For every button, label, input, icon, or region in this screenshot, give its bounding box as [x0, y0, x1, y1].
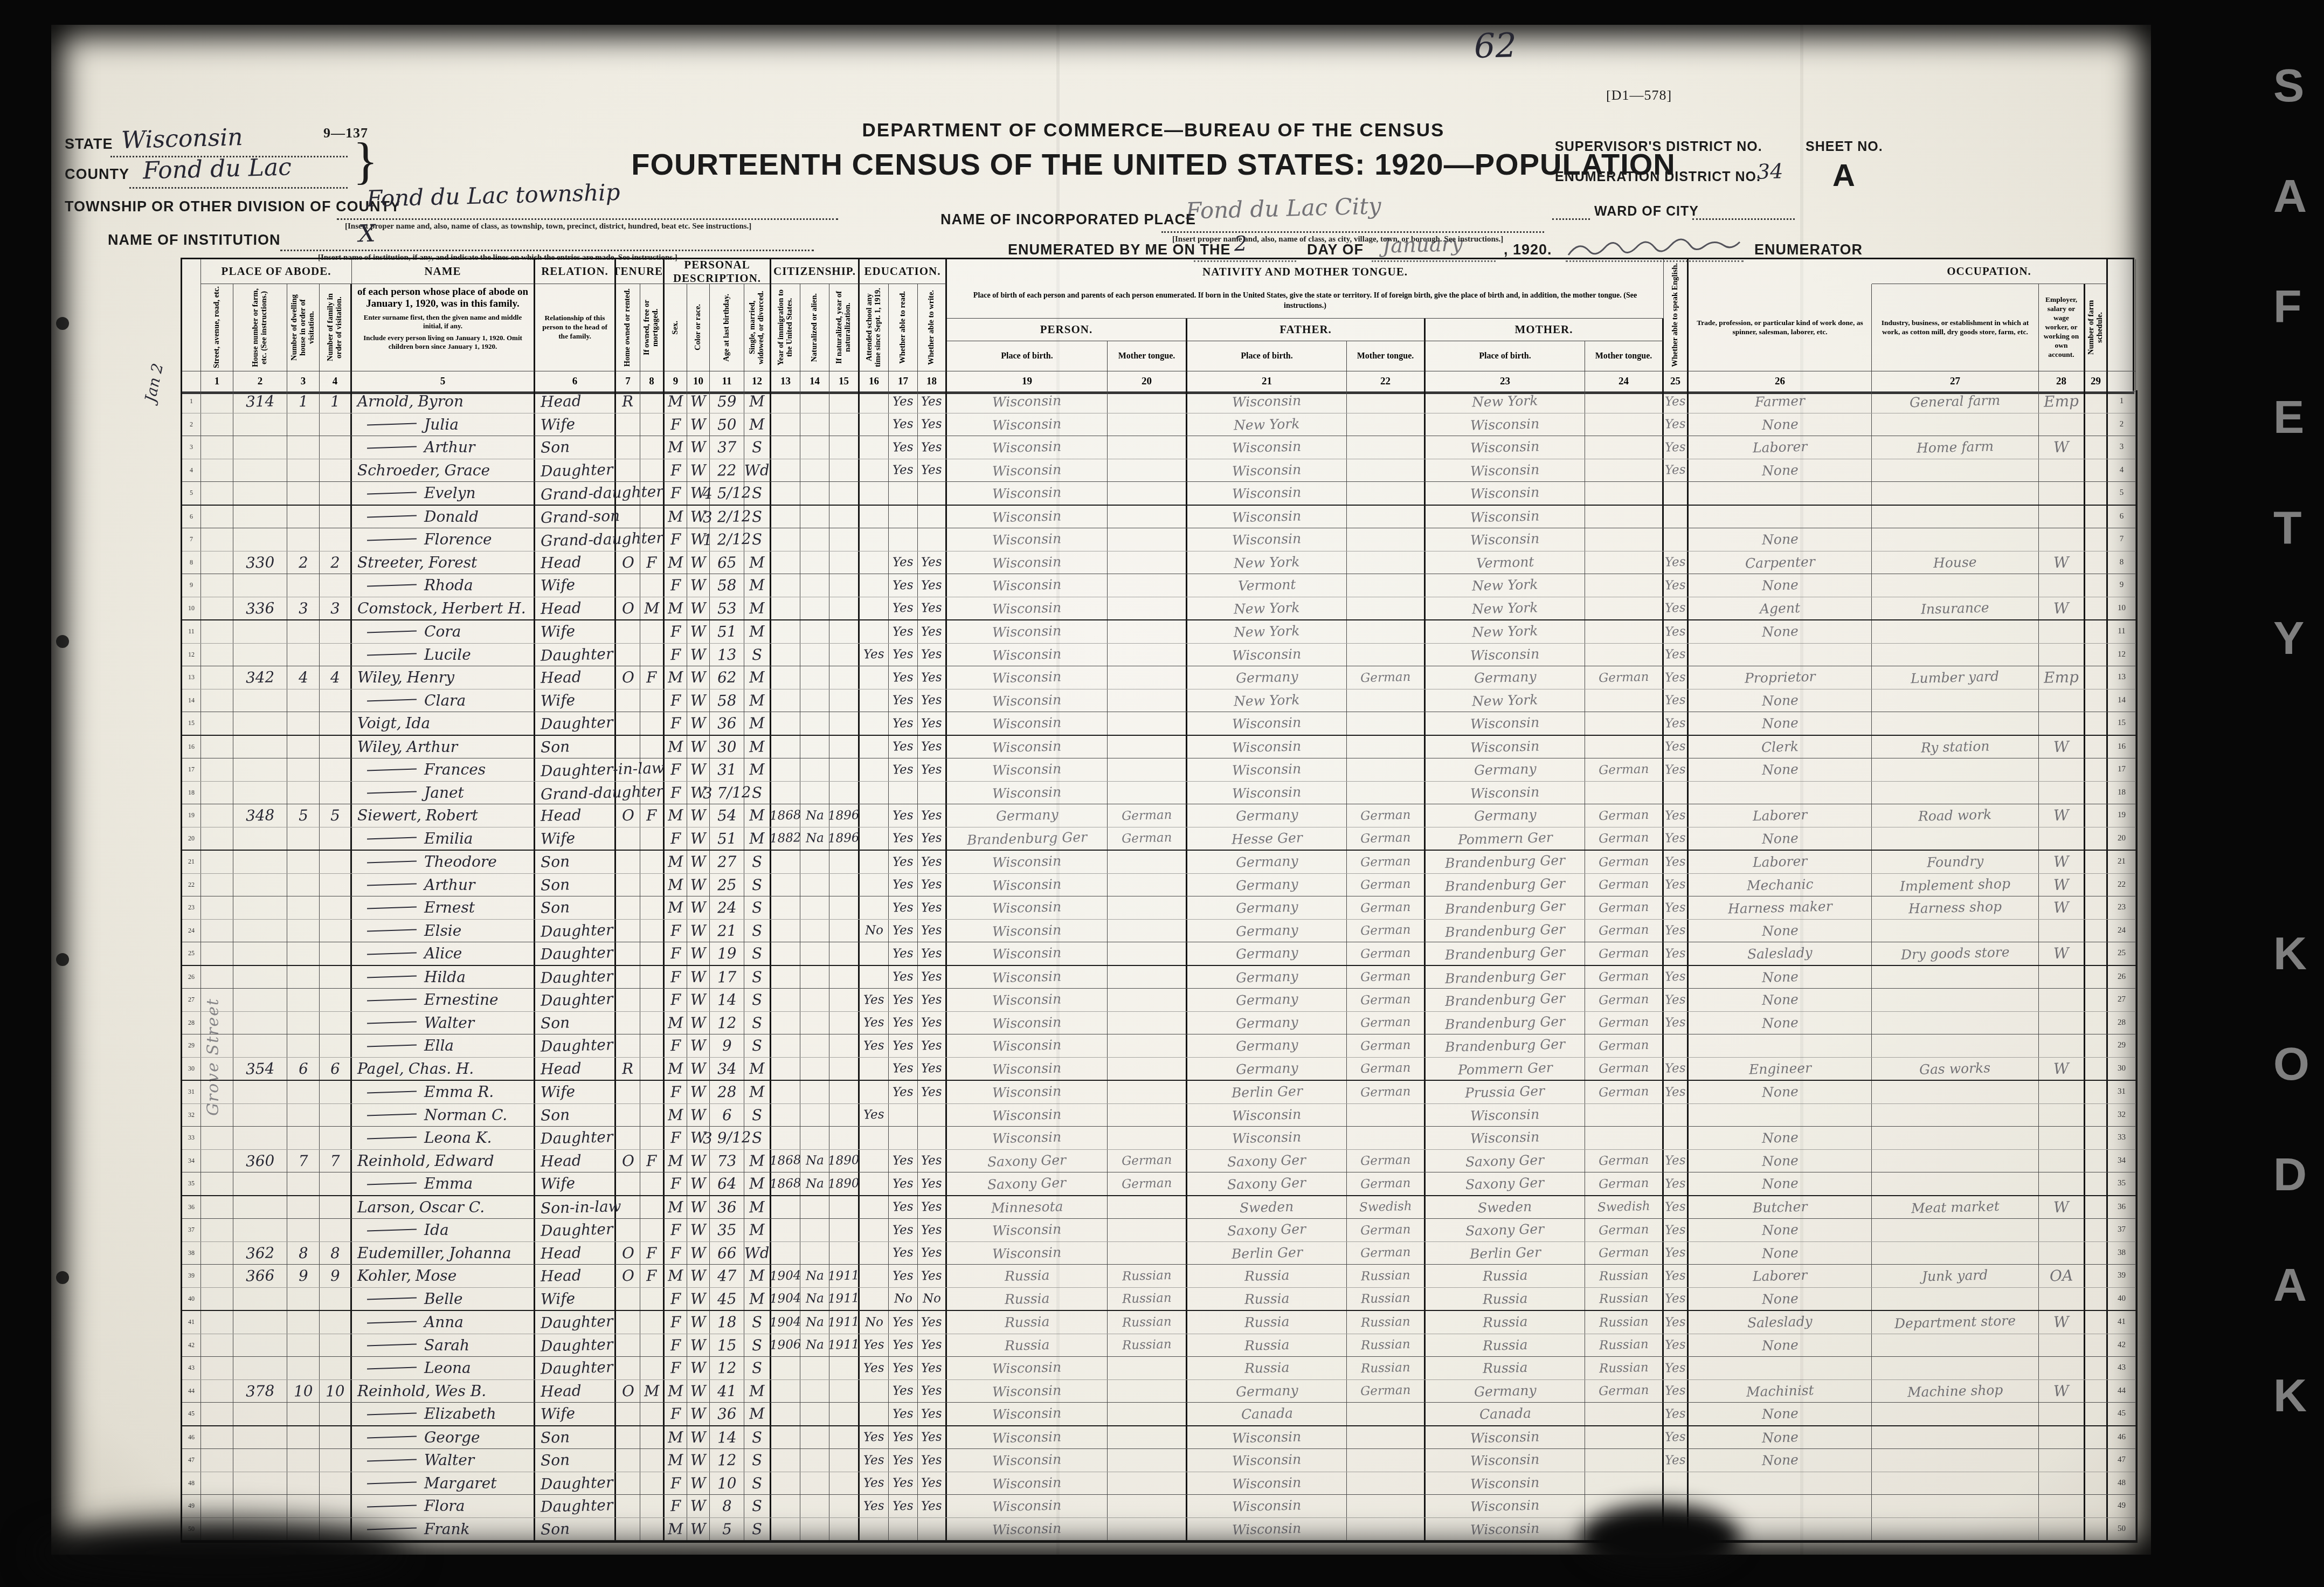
handwritten-value: Yes	[863, 992, 884, 1007]
cell-house: 366	[233, 1265, 287, 1287]
cell-emp	[2039, 782, 2085, 804]
subgroup-mother: MOTHER.	[1426, 319, 1664, 341]
line-number-left: 22	[182, 874, 201, 896]
cell-naty	[829, 989, 860, 1011]
cell-age: 65	[710, 551, 744, 574]
cell-sch	[860, 874, 889, 896]
cell-sex: F	[665, 1311, 687, 1334]
column-number-11: 11	[710, 371, 744, 392]
handwritten-value: M	[749, 1198, 765, 1216]
handwritten-value: Wisconsin	[992, 876, 1062, 893]
handwritten-value: Proprietor	[1744, 669, 1815, 686]
film-edge-letter: A	[2273, 1259, 2307, 1312]
cell-colr: W	[687, 620, 710, 643]
table-row: 27ErnestineDaughterFW14SYesYesYesWiscons…	[182, 989, 2136, 1012]
cell-name: Margaret	[352, 1472, 535, 1495]
cell-pbm: Russia	[1426, 1311, 1585, 1334]
cell-pb: Wisconsin	[947, 1426, 1108, 1449]
cell-sch: Yes	[860, 1334, 889, 1357]
handwritten-value: None	[1761, 1175, 1799, 1192]
handwritten-value: O	[621, 1267, 634, 1285]
cell-t2	[640, 942, 665, 965]
handwritten-value: Yes	[863, 1108, 884, 1122]
handwritten-value: OA	[2049, 1267, 2073, 1285]
line-number-right: 42	[2108, 1334, 2136, 1357]
handwritten-value: F	[670, 1474, 681, 1492]
cell-mar: M	[744, 1172, 771, 1195]
cell-pb: Wisconsin	[947, 1403, 1108, 1425]
cell-pb: Wisconsin	[947, 1472, 1108, 1495]
cell-t1: R	[616, 390, 640, 413]
cell-mtm: German	[1585, 666, 1664, 689]
handwritten-value: None	[1761, 577, 1799, 594]
line-number-left: 46	[182, 1426, 201, 1449]
cell-pb: Russia	[947, 1334, 1108, 1357]
cell-t1	[616, 644, 640, 666]
cell-imm	[771, 413, 800, 436]
cell-fam	[320, 689, 352, 712]
cell-ind: Machine shop	[1872, 1380, 2039, 1403]
table-row: 29EllaDaughterFW9SYesYesYesWisconsinGerm…	[182, 1034, 2136, 1058]
handwritten-value: 3 9/12	[702, 1128, 751, 1147]
cell-sch	[860, 1242, 889, 1265]
handwritten-value: Wisconsin	[1232, 1498, 1302, 1515]
handwritten-value: Yes	[893, 1384, 914, 1398]
cell-pbf: Germany	[1187, 989, 1347, 1011]
cell-pbf: Russia	[1187, 1265, 1347, 1287]
cell-t1: O	[616, 1380, 640, 1403]
cell-rd: Yes	[889, 574, 918, 597]
cell-emp	[2039, 1242, 2085, 1265]
handwritten-value: M	[749, 668, 765, 687]
line-number-left: 7	[182, 528, 201, 551]
given-name: Ernest	[424, 899, 475, 916]
cell-nat	[800, 1403, 829, 1425]
cell-pb: Wisconsin	[947, 1449, 1108, 1472]
handwritten-value: Wisconsin	[1470, 461, 1540, 479]
ditto-mark	[367, 1459, 417, 1461]
cell-t1	[616, 942, 640, 965]
table-row: 31Emma R.WifeFW28MYesYesWisconsinBerlin …	[182, 1081, 2136, 1104]
cell-mtf	[1347, 1104, 1426, 1127]
handwritten-value: S	[751, 1451, 762, 1469]
cell-wr: Yes	[918, 874, 947, 896]
handwritten-value: German	[1599, 1383, 1649, 1398]
table-row: 14ClaraWifeFW58MYesYesWisconsinNew YorkN…	[182, 689, 2136, 713]
cell-naty	[829, 689, 860, 712]
cell-sex: M	[665, 1196, 687, 1219]
line-number-left: 8	[182, 551, 201, 574]
cell-age: 47	[710, 1265, 744, 1287]
cell-pbm: Brandenburg Ger	[1426, 874, 1585, 896]
handwritten-value: Yes	[921, 1061, 942, 1076]
cell-age: 73	[710, 1150, 744, 1172]
cell-sex: F	[665, 942, 687, 965]
handwritten-value: Vermont	[1237, 577, 1296, 594]
given-name: Walter	[424, 1014, 474, 1032]
handwritten-value: S	[751, 1520, 762, 1538]
ditto-mark	[367, 1044, 417, 1047]
line-number-right: 9	[2108, 574, 2136, 597]
cell-t1	[616, 736, 640, 758]
enumerated-month: January	[1382, 232, 1463, 258]
cell-fam	[320, 827, 352, 850]
cell-mtm	[1585, 644, 1664, 666]
cell-imm	[771, 597, 800, 620]
handwritten-value: F	[646, 1244, 657, 1262]
cell-ind: Home farm	[1872, 436, 2039, 459]
cell-rel: Daughter	[535, 989, 616, 1011]
column-number-28: 28	[2039, 371, 2085, 392]
cell-naty	[829, 1449, 860, 1472]
cell-fam	[320, 1104, 352, 1127]
cell-mtm: Russian	[1585, 1357, 1664, 1379]
cell-pbm: Germany	[1426, 1380, 1585, 1403]
cell-eng: Yes	[1664, 1380, 1689, 1403]
cell-mtm	[1585, 574, 1664, 597]
handwritten-value: None	[1761, 1291, 1799, 1307]
cell-colr: W	[687, 804, 710, 827]
cell-mar: S	[744, 1472, 771, 1495]
handwritten-value: Wife	[541, 415, 576, 434]
handwritten-value: No	[922, 1292, 941, 1306]
cell-pbf: Wisconsin	[1187, 1104, 1347, 1127]
column-header-15: If naturalized, year of naturalization.	[829, 284, 860, 371]
cell-colr: W	[687, 1403, 710, 1425]
cell-t2	[640, 1172, 665, 1195]
cell-farm	[2085, 1058, 2108, 1080]
cell-pbf: Germany	[1187, 1012, 1347, 1034]
handwritten-value: Germany	[1474, 807, 1536, 824]
cell-eng: Yes	[1664, 874, 1689, 896]
cell-t2	[640, 1219, 665, 1241]
handwritten-value: Yes	[921, 740, 942, 754]
given-name: Robert	[426, 806, 478, 824]
cell-imm	[771, 620, 800, 643]
ditto-mark	[367, 906, 417, 909]
cell-imm	[771, 551, 800, 574]
handwritten-value: F	[670, 461, 681, 479]
cell-mt	[1108, 1104, 1187, 1127]
handwritten-value: Yes	[893, 831, 914, 846]
handwritten-value: Farmer	[1755, 393, 1806, 410]
cell-street	[201, 782, 233, 804]
cell-mtm	[1585, 459, 1664, 482]
handwritten-value: Prussia Ger	[1465, 1083, 1545, 1101]
handwritten-value: Yes	[893, 440, 914, 454]
line-number-right: 28	[2108, 1012, 2136, 1034]
handwritten-value: Wisconsin	[1470, 531, 1540, 548]
handwritten-value: Yes	[893, 1499, 914, 1513]
handwritten-value: F	[670, 1037, 681, 1054]
cell-street	[201, 506, 233, 528]
line-number-left: 15	[182, 712, 201, 735]
cell-house	[233, 758, 287, 781]
cell-occ: Clerk	[1689, 736, 1872, 758]
cell-mt	[1108, 1426, 1187, 1449]
cell-fam	[320, 1196, 352, 1219]
cell-naty	[829, 1242, 860, 1265]
cell-rd: Yes	[889, 942, 918, 965]
cell-t2	[640, 1495, 665, 1517]
handwritten-value: Gas works	[1919, 1060, 1991, 1077]
handwritten-value: F	[670, 692, 681, 709]
handwritten-value: W	[2053, 806, 2070, 825]
group-education: EDUCATION.	[860, 259, 947, 284]
cell-t1	[616, 1104, 640, 1127]
cell-mtf	[1347, 436, 1426, 459]
ditto-mark	[367, 423, 417, 426]
cell-occ: Agent	[1689, 597, 1872, 620]
cell-imm	[771, 1357, 800, 1379]
handwritten-value: Wisconsin	[1232, 1129, 1302, 1147]
cell-mtm	[1585, 689, 1664, 712]
handwritten-value: 5	[330, 806, 340, 824]
handwritten-value: Agent	[1760, 600, 1801, 617]
cell-emp	[2039, 1081, 2085, 1103]
handwritten-value: Yes	[893, 854, 914, 869]
line-number-right: 5	[2108, 482, 2136, 505]
given-name: Flora	[424, 1497, 465, 1515]
handwritten-value: Laborer	[1752, 807, 1807, 824]
handwritten-value: Yes	[893, 1361, 914, 1375]
cell-pbm: Brandenburg Ger	[1426, 989, 1585, 1011]
line-number-right: 30	[2108, 1058, 2136, 1080]
handwritten-value: Wisconsin	[992, 968, 1062, 985]
handwritten-value: None	[1761, 416, 1799, 433]
cell-fam: 6	[320, 1058, 352, 1080]
cell-pb: Wisconsin	[947, 482, 1108, 505]
cell-pb: Wisconsin	[947, 1357, 1108, 1379]
cell-nat	[800, 644, 829, 666]
cell-t2	[640, 1357, 665, 1379]
handwritten-value: Yes	[893, 992, 914, 1007]
cell-mtf: German	[1347, 1380, 1426, 1403]
handwritten-value: Laborer	[1752, 439, 1807, 456]
cell-name: Janet	[352, 782, 535, 804]
cell-wr: Yes	[918, 1196, 947, 1219]
cell-house: 362	[233, 1242, 287, 1265]
cell-name: Florence	[352, 528, 535, 551]
cell-ind	[1872, 1288, 2039, 1310]
table-row: 45ElizabethWifeFW36MYesYesWisconsinCanad…	[182, 1403, 2136, 1426]
cell-pb: Wisconsin	[947, 966, 1108, 989]
cell-age: 31	[710, 758, 744, 781]
cell-eng: Yes	[1664, 804, 1689, 827]
cell-nat: Na	[800, 1311, 829, 1334]
cell-naty	[829, 1196, 860, 1219]
cell-t2	[640, 459, 665, 482]
cell-mar: S	[744, 1426, 771, 1449]
surname: Reinhold,	[357, 1382, 430, 1400]
handwritten-value: Russia	[1004, 1337, 1049, 1354]
handwritten-value: Daughter	[541, 645, 613, 665]
handwritten-value: M	[668, 1198, 684, 1216]
cell-imm	[771, 1196, 800, 1219]
handwritten-value: Son	[541, 853, 570, 871]
cell-pbf: Wisconsin	[1187, 712, 1347, 735]
handwritten-value: Russian	[1599, 1291, 1648, 1306]
given-name: Arthur	[407, 738, 458, 756]
cell-age: 34	[710, 1058, 744, 1080]
column-header-28: Employer, salary or wage worker, or work…	[2039, 284, 2085, 371]
cell-mar: S	[744, 1495, 771, 1517]
line-number-left: 19	[182, 804, 201, 827]
cell-farm	[2085, 942, 2108, 965]
handwritten-value: W	[2053, 853, 2070, 871]
cell-colr: W	[687, 1334, 710, 1357]
cell-pbm: Wisconsin	[1426, 1426, 1585, 1449]
cell-nat	[800, 1495, 829, 1517]
cell-street	[201, 712, 233, 735]
cell-sex: F	[665, 1472, 687, 1495]
handwritten-value: Wisconsin	[992, 784, 1062, 801]
handwritten-value: 362	[245, 1244, 274, 1262]
cell-wr: Yes	[918, 804, 947, 827]
cell-imm	[771, 482, 800, 505]
cell-dw	[287, 1012, 320, 1034]
handwritten-value: Yes	[893, 1315, 914, 1329]
handwritten-value: Saxony Ger	[1227, 1152, 1306, 1170]
handwritten-value: S	[751, 1359, 762, 1377]
line-number-left: 12	[182, 644, 201, 666]
cell-age: 45	[710, 1288, 744, 1310]
handwritten-value: Germany	[1235, 945, 1298, 962]
cell-rd: Yes	[889, 989, 918, 1011]
cell-fam	[320, 620, 352, 643]
cell-ind	[1872, 966, 2039, 989]
cell-emp: Emp	[2039, 666, 2085, 689]
handwritten-value: M	[668, 553, 684, 571]
surname: Kohler,	[357, 1267, 411, 1285]
cell-wr: Yes	[918, 1403, 947, 1425]
cell-emp	[2039, 758, 2085, 781]
handwritten-value: Saxony Ger	[1465, 1175, 1545, 1192]
cell-eng: Yes	[1664, 1288, 1689, 1310]
handwritten-value: Yes	[893, 970, 914, 984]
cell-sch	[860, 689, 889, 712]
cell-nat	[800, 1219, 829, 1241]
handwritten-value: Daughter	[541, 943, 613, 963]
film-edge-letter: E	[2273, 391, 2304, 444]
line-number-right: 1	[2108, 390, 2136, 413]
table-row: 25AliceDaughterFW19SYesYesWisconsinGerma…	[182, 942, 2136, 966]
cell-emp	[2039, 712, 2085, 735]
handwritten-value: M	[749, 737, 765, 756]
cell-mtf: German	[1347, 851, 1426, 873]
cell-sex: F	[665, 782, 687, 804]
handwritten-value: 6	[330, 1060, 340, 1078]
cell-age: 12	[710, 1357, 744, 1379]
handwritten-value: Yes	[921, 1406, 942, 1421]
cell-farm	[2085, 689, 2108, 712]
day-of-label: DAY OF	[1307, 241, 1364, 258]
cell-name: Arnold, Byron	[352, 390, 535, 413]
cell-mt: Russian	[1108, 1265, 1187, 1287]
cell-mar: S	[744, 1311, 771, 1334]
cell-sch	[860, 597, 889, 620]
cell-house	[233, 620, 287, 643]
cell-pbf: Wisconsin	[1187, 736, 1347, 758]
handwritten-value: 24	[717, 899, 736, 917]
cell-sex: F	[665, 920, 687, 942]
handwritten-value: Yes	[1665, 1338, 1686, 1353]
cell-t1: O	[616, 1265, 640, 1287]
cell-mt: German	[1108, 1150, 1187, 1172]
cell-sex: F	[665, 1403, 687, 1425]
cell-ind	[1872, 712, 2039, 735]
cell-imm	[771, 1104, 800, 1127]
given-name: Cora	[424, 623, 461, 640]
cell-fam	[320, 1334, 352, 1357]
handwritten-value: Yes	[1665, 970, 1686, 984]
handwritten-value: Department store	[1894, 1313, 2016, 1331]
cell-t2: F	[640, 1265, 665, 1287]
cell-eng: Yes	[1664, 1058, 1689, 1080]
cell-street	[201, 1196, 233, 1219]
handwritten-value: W	[690, 1474, 707, 1492]
cell-age: 3 7/12	[710, 782, 744, 804]
handwritten-value: German	[1122, 1176, 1172, 1191]
cell-t2: F	[640, 1242, 665, 1265]
cell-nat	[800, 966, 829, 989]
cell-sch	[860, 1127, 889, 1149]
cell-mtf: German	[1347, 966, 1426, 989]
cell-naty	[829, 551, 860, 574]
cell-sex: F	[665, 528, 687, 551]
handwritten-value: Yes	[1665, 1085, 1686, 1099]
handwritten-value: Russia	[1004, 1314, 1049, 1330]
supervisor-district-label: SUPERVISOR'S DISTRICT NO.	[1555, 139, 1762, 155]
handwritten-value: Germany	[1474, 1382, 1536, 1399]
film-edge-letter: Y	[2273, 612, 2304, 665]
handwritten-value: Wisconsin	[992, 1382, 1062, 1399]
cell-sex: M	[665, 390, 687, 413]
given-name: Clara	[424, 692, 466, 709]
cell-mt	[1108, 390, 1187, 413]
cell-colr: W	[687, 1472, 710, 1495]
punch-hole	[56, 953, 69, 966]
handwritten-value: M	[749, 553, 765, 571]
handwritten-value: Russian	[1360, 1268, 1410, 1284]
handwritten-value: German	[1360, 900, 1411, 915]
cell-mt	[1108, 782, 1187, 804]
handwritten-value: Wisconsin	[1470, 485, 1540, 502]
cell-nat: Na	[800, 1172, 829, 1195]
film-edge-letter: T	[2273, 501, 2302, 555]
cell-imm	[771, 689, 800, 712]
cell-rd: Yes	[889, 1334, 918, 1357]
table-header: PLACE OF ABODE. NAME RELATION. TENURE. P…	[181, 258, 2134, 394]
handwritten-value: 360	[245, 1151, 274, 1170]
cell-rel: Daughter	[535, 712, 616, 735]
cell-naty	[829, 942, 860, 965]
handwritten-value: Wisconsin	[1232, 461, 1302, 479]
cell-t1	[616, 989, 640, 1011]
handwritten-value: Yes	[921, 670, 942, 685]
cell-pbm: Saxony Ger	[1426, 1219, 1585, 1241]
handwritten-value: Yes	[921, 900, 942, 915]
cell-house	[233, 1288, 287, 1310]
cell-rel: Son	[535, 1426, 616, 1449]
given-name: Leona	[424, 1359, 471, 1377]
sheet-value: A	[1832, 157, 1856, 194]
cell-wr: Yes	[918, 712, 947, 735]
cell-sex: F	[665, 644, 687, 666]
column-header-22: Mother tongue.	[1347, 341, 1426, 371]
handwritten-value: Wd	[744, 1244, 770, 1262]
handwritten-value: New York	[1234, 554, 1300, 571]
